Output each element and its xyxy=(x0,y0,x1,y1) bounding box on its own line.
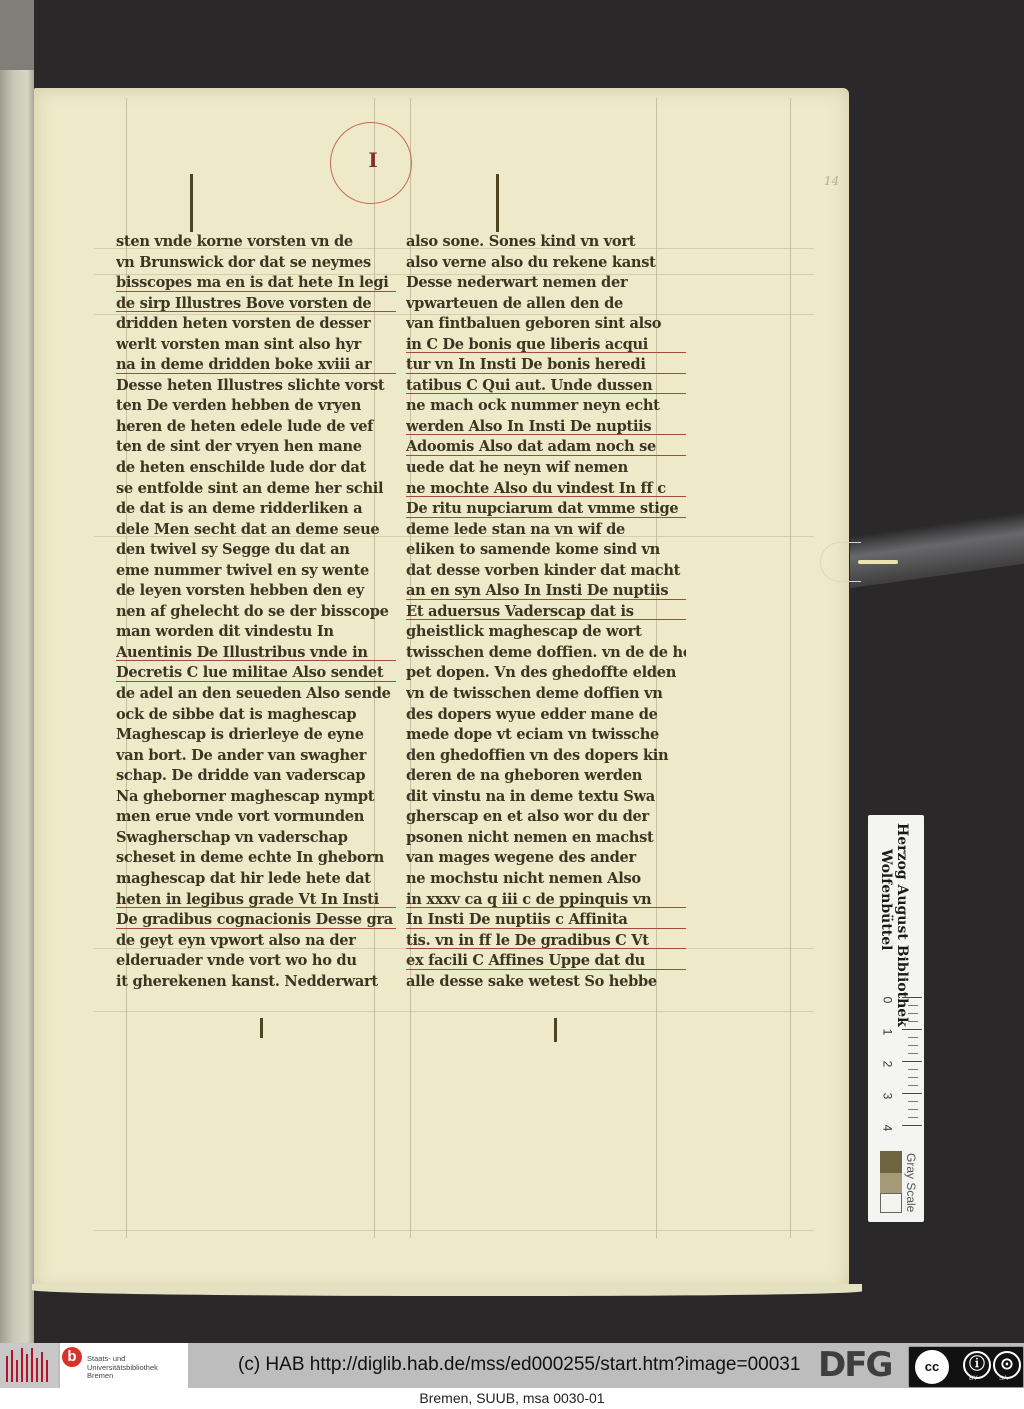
manuscript-line: bisscopes ma en is dat hete In legi xyxy=(116,273,396,294)
manuscript-line: tur vn In Insti De bonis heredi xyxy=(406,355,686,376)
ruling-line xyxy=(790,98,791,1238)
text-column-left: sten vnde korne vorsten vn devn Brunswic… xyxy=(116,232,396,992)
measurement-ruler: 0 1 2 3 4 xyxy=(868,993,924,1153)
ruler-label: 3 xyxy=(880,1093,894,1100)
manuscript-line: na in deme dridden boke xviii ar xyxy=(116,355,396,376)
logo-stroke xyxy=(36,1358,38,1382)
catchword-flourish xyxy=(554,1018,557,1042)
logo-stroke xyxy=(16,1360,18,1382)
suub-name: Staats- und Universitätsbibliothek Breme… xyxy=(87,1355,158,1381)
shelfmark-caption: Bremen, SUUB, msa 0030-01 xyxy=(0,1388,1024,1409)
logo-stroke xyxy=(26,1354,28,1382)
logo-stroke xyxy=(6,1356,8,1382)
manuscript-line: deme lede stan na vn wif de xyxy=(406,520,686,541)
manuscript-line: dridden heten vorsten de desser xyxy=(116,314,396,335)
ruler-tick xyxy=(908,1109,918,1110)
dfg-logo[interactable]: DFG xyxy=(818,1347,891,1383)
manuscript-line: an en syn Also In Insti De nuptiis xyxy=(406,581,686,602)
ruler-tick xyxy=(908,1101,918,1102)
ruler-label: 4 xyxy=(880,1125,894,1132)
manuscript-line: dat desse vorben kinder dat macht xyxy=(406,561,686,582)
suub-logo[interactable]: b Staats- und Universitätsbibliothek Bre… xyxy=(60,1343,188,1388)
rubricated-initial: I xyxy=(356,148,390,172)
manuscript-line: de dat is an deme ridderliken a xyxy=(116,499,396,520)
manuscript-line: vn de twisschen deme doffien vn xyxy=(406,684,686,705)
manuscript-line: ne mach ock nummer neyn echt xyxy=(406,396,686,417)
manuscript-line: Auentinis De Illustribus vnde in xyxy=(116,643,396,664)
catchword-flourish xyxy=(260,1018,263,1038)
ruler-label: 1 xyxy=(880,1029,894,1036)
manuscript-line: de sirp Illustres Bove vorsten de xyxy=(116,294,396,315)
ruler-tick xyxy=(902,1061,922,1062)
ruler-tick xyxy=(908,1085,918,1086)
manuscript-line: it gherekenen kanst. Nedderwart xyxy=(116,972,396,993)
manuscript-line: den twivel sy Segge du dat an xyxy=(116,540,396,561)
logo-stroke xyxy=(41,1352,43,1382)
manuscript-line: werlt vorsten man sint also hyr xyxy=(116,335,396,356)
page-clip xyxy=(810,520,1024,582)
manuscript-line: eliken to samende kome sind vn xyxy=(406,540,686,561)
manuscript-line: deren de na gheboren werden xyxy=(406,766,686,787)
ruler-tick xyxy=(908,1117,918,1118)
manuscript-line: gherscap en et also wor du der xyxy=(406,807,686,828)
ruler-tick xyxy=(908,1013,918,1014)
ruler-tick xyxy=(908,1069,918,1070)
manuscript-line: ex facili C Affines Uppe dat du xyxy=(406,951,686,972)
manuscript-line: Et aduersus Vaderscap dat is xyxy=(406,602,686,623)
ruler-tick xyxy=(908,1077,918,1078)
ruler-tick xyxy=(902,1093,922,1094)
facing-page-shadow xyxy=(0,0,34,70)
manuscript-line: Na gheborner maghescap nympt xyxy=(116,787,396,808)
manuscript-line: Desse heten Illustres slichte vorst xyxy=(116,376,396,397)
manuscript-line: se entfolde sint an deme her schil xyxy=(116,479,396,500)
manuscript-line: schap. De dridde van vaderscap xyxy=(116,766,396,787)
suub-name-line: Bremen xyxy=(87,1372,158,1381)
ruler-label: 0 xyxy=(880,997,894,1004)
facing-page-edge xyxy=(0,0,34,1343)
manuscript-line: vn Brunswick dor dat se neymes xyxy=(116,253,396,274)
cc-icon: cc xyxy=(915,1350,949,1384)
text-column-right: also sone. Sones kind vn vortalso verne … xyxy=(406,232,686,992)
logo-stroke xyxy=(21,1348,23,1382)
manuscript-line: twisschen deme doffien. vn de de hel xyxy=(406,643,686,664)
manuscript-line: werden Also In Insti De nuptiis xyxy=(406,417,686,438)
manuscript-line: de adel an den seueden Also sende xyxy=(116,684,396,705)
manuscript-line: tis. vn in ff le De gradibus C Vt xyxy=(406,931,686,952)
manuscript-line: dit vinstu na in deme textu Swa xyxy=(406,787,686,808)
paragraph-flourish xyxy=(190,174,193,232)
manuscript-line: tatibus C Qui aut. Unde dussen xyxy=(406,376,686,397)
by-label: BY xyxy=(969,1375,978,1382)
ruling-line xyxy=(94,1230,814,1231)
manuscript-line: van bort. De ander van swagher xyxy=(116,746,396,767)
manuscript-scan: 14 I sten vnde korne vorsten vn devn Bru… xyxy=(0,0,1024,1343)
manuscript-line: ne mochte Also du vindest In ff c xyxy=(406,479,686,500)
manuscript-line: man worden dit vindestu In xyxy=(116,622,396,643)
manuscript-line: des dopers wyue edder mane de xyxy=(406,705,686,726)
suub-b-icon: b xyxy=(62,1347,82,1367)
gray-scale-label: Gray Scale xyxy=(904,1153,918,1212)
clip-arm xyxy=(850,512,1024,588)
manuscript-line: De gradibus cognacionis Desse gra xyxy=(116,910,396,931)
footer-bar: b Staats- und Universitätsbibliothek Bre… xyxy=(0,1343,1024,1388)
clip-loop xyxy=(820,542,861,582)
ruler-tick xyxy=(902,1125,922,1126)
manuscript-line: heten in legibus grade Vt In Insti xyxy=(116,890,396,911)
manuscript-line: Desse nederwart nemen der xyxy=(406,273,686,294)
manuscript-line: de heten enschilde lude dor dat xyxy=(116,458,396,479)
logo-stroke xyxy=(46,1360,48,1382)
gray-swatch-dark xyxy=(880,1151,902,1173)
manuscript-line: de geyt eyn vpwort also na der xyxy=(116,931,396,952)
copyright-link[interactable]: (c) HAB http://diglib.hab.de/mss/ed00025… xyxy=(238,1354,800,1376)
ruler-tick xyxy=(908,1053,918,1054)
manuscript-line: den ghedoffien vn des dopers kin xyxy=(406,746,686,767)
manuscript-line: uede dat he neyn wif nemen xyxy=(406,458,686,479)
logo-stroke xyxy=(11,1350,13,1382)
manuscript-line: vpwarteuen de allen den de xyxy=(406,294,686,315)
sa-label: SA xyxy=(999,1375,1008,1382)
manuscript-line: dele Men secht dat an deme seue xyxy=(116,520,396,541)
manuscript-line: Decretis C lue militae Also sendet xyxy=(116,663,396,684)
manuscript-line: in xxxv ca q iii c de ppinquis vn xyxy=(406,890,686,911)
manuscript-line: ock de sibbe dat is maghescap xyxy=(116,705,396,726)
ruling-line xyxy=(94,1011,814,1012)
ruler-tick xyxy=(908,1005,918,1006)
manuscript-line: de leyen vorsten hebben den ey xyxy=(116,581,396,602)
ruler-label: 2 xyxy=(880,1061,894,1068)
manuscript-line: Adoomis Also dat adam noch se xyxy=(406,437,686,458)
manuscript-line: pet dopen. Vn des ghedoffte elden xyxy=(406,663,686,684)
reference-color-bar: Herzog August Bibliothek Wolfenbüttel 0 … xyxy=(868,815,924,1222)
manuscript-line: elderuader vnde vort wo ho du xyxy=(116,951,396,972)
manuscript-line: psonen nicht nemen en machst xyxy=(406,828,686,849)
manuscript-line: ten de sint der vryen hen mane xyxy=(116,437,396,458)
manuscript-line: Swagherschap vn vaderschap xyxy=(116,828,396,849)
manuscript-line: van fintbaluen geboren sint also xyxy=(406,314,686,335)
clip-highlight xyxy=(858,560,898,564)
ruler-tick xyxy=(908,1037,918,1038)
manuscript-line: ten De verden hebben de vryen xyxy=(116,396,396,417)
manuscript-line: also verne also du rekene kanst xyxy=(406,253,686,274)
suub-barcode-logo xyxy=(0,1343,58,1388)
cc-license-badge[interactable]: cc ⓘ ⊙ BY SA xyxy=(908,1346,1024,1388)
manuscript-line: in C De bonis que liberis acqui xyxy=(406,335,686,356)
manuscript-line: De ritu nupciarum dat vmme stige xyxy=(406,499,686,520)
manuscript-line: maghescap dat hir lede hete dat xyxy=(116,869,396,890)
ruler-tick xyxy=(908,1021,918,1022)
institution-city: Wolfenbüttel xyxy=(878,849,894,950)
logo-stroke xyxy=(31,1348,33,1382)
ruler-tick xyxy=(908,1045,918,1046)
manuscript-line: mede dope vt eciam vn twissche xyxy=(406,725,686,746)
ruler-tick xyxy=(902,1029,922,1030)
manuscript-line: sten vnde korne vorsten vn de xyxy=(116,232,396,253)
manuscript-line: scheset in deme echte In gheborn xyxy=(116,848,396,869)
manuscript-line: nen af ghelecht do se der bisscope xyxy=(116,602,396,623)
manuscript-line: heren de heten edele lude de vef xyxy=(116,417,396,438)
manuscript-line: gheistlick maghescap de wort xyxy=(406,622,686,643)
manuscript-line: van mages wegene des ander xyxy=(406,848,686,869)
gray-swatch-mid xyxy=(880,1173,902,1193)
folio-number: 14 xyxy=(824,174,839,188)
gray-swatch-light xyxy=(880,1193,902,1213)
manuscript-line: In Insti De nuptiis c Affinita xyxy=(406,910,686,931)
manuscript-line: ne mochstu nicht nemen Also xyxy=(406,869,686,890)
manuscript-line: also sone. Sones kind vn vort xyxy=(406,232,686,253)
paragraph-flourish xyxy=(496,174,499,232)
manuscript-line: men erue vnde vort vormunden xyxy=(116,807,396,828)
ruler-tick xyxy=(902,997,922,998)
manuscript-line: alle desse sake wetest So hebbe xyxy=(406,972,686,993)
manuscript-line: Maghescap is drierleye de eyne xyxy=(116,725,396,746)
manuscript-line: eme nummer twivel en sy wente xyxy=(116,561,396,582)
